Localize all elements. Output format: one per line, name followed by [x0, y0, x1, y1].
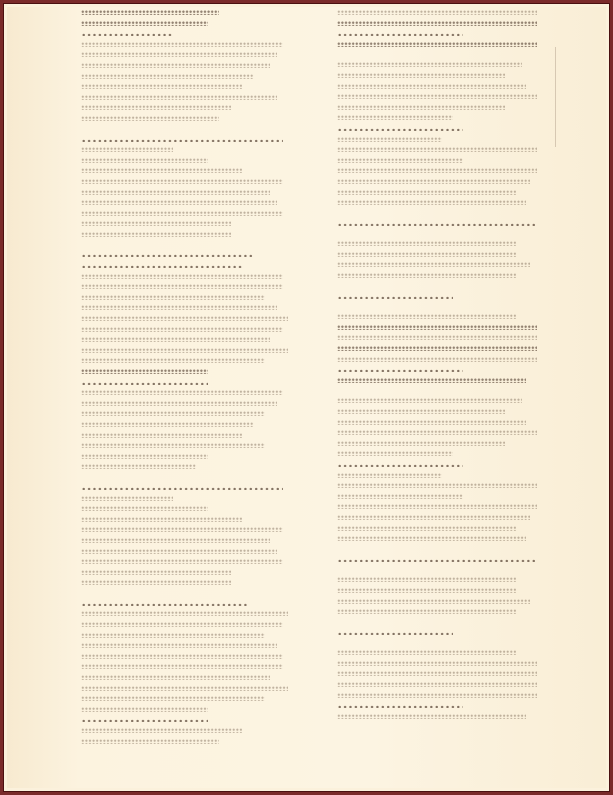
paragraph-gap: [337, 544, 547, 554]
faded-text-line: [81, 514, 311, 525]
illegible-text: [81, 316, 288, 321]
illegible-text: [81, 168, 242, 173]
faded-text-line: [337, 165, 547, 176]
illegible-text: [81, 411, 265, 416]
scanned-page: [7, 7, 606, 788]
faded-text-line: [337, 332, 547, 343]
faded-text-line: [81, 430, 311, 441]
faded-text-line: [81, 524, 311, 535]
illegible-text: [81, 570, 231, 575]
faded-text-line: [81, 704, 311, 715]
illegible-text: [337, 273, 516, 278]
illegible-text: [337, 73, 505, 78]
illegible-text: [81, 696, 265, 701]
illegible-text: [81, 179, 283, 184]
faded-text-line: [337, 112, 547, 123]
faded-text-line: [81, 567, 311, 578]
paragraph-gap: [337, 637, 547, 647]
faded-text-line: [337, 668, 547, 679]
faded-text-line: [337, 512, 547, 523]
faded-text-line: [81, 693, 311, 704]
faded-text-line: [337, 102, 547, 113]
faded-text-line: [337, 59, 547, 70]
illegible-text: [81, 707, 208, 712]
illegible-text: [81, 32, 173, 36]
paragraph-gap: [337, 617, 547, 627]
illegible-text: [81, 348, 288, 353]
illegible-text: [81, 138, 283, 142]
illegible-text: [81, 675, 270, 680]
illegible-text: [81, 369, 208, 374]
illegible-text: [337, 693, 537, 698]
illegible-text: [81, 253, 254, 257]
illegible-text: [337, 536, 526, 541]
paragraph-gap: [337, 281, 547, 291]
faded-text-line: [337, 658, 547, 669]
illegible-text: [81, 611, 288, 616]
illegible-text: [81, 633, 265, 638]
illegible-text: [337, 21, 537, 26]
faded-text-line: [337, 291, 547, 302]
illegible-text: [81, 433, 242, 438]
faded-text-line: [337, 438, 547, 449]
illegible-text: [337, 94, 537, 99]
illegible-text: [81, 221, 231, 226]
illegible-text: [337, 147, 537, 152]
faded-text-line: [81, 49, 311, 60]
faded-text-line: [81, 208, 311, 219]
faded-text-line: [337, 427, 547, 438]
faded-text-line: [337, 176, 547, 187]
faded-text-line: [337, 134, 547, 145]
illegible-text: [81, 74, 254, 79]
faded-text-line: [337, 249, 547, 260]
paragraph-gap: [81, 124, 311, 134]
faded-text-line: [81, 387, 311, 398]
faded-text-line: [81, 71, 311, 82]
faded-text-line: [337, 480, 547, 491]
faded-text-line: [81, 672, 311, 683]
illegible-text: [337, 252, 516, 257]
faded-text-line: [337, 364, 547, 375]
faded-text-line: [81, 377, 311, 388]
faded-text-line: [81, 503, 311, 514]
faded-text-line: [81, 324, 311, 335]
illegible-text: [337, 609, 516, 614]
faded-text-line: [337, 574, 547, 585]
illegible-text: [81, 200, 277, 205]
illegible-text: [81, 486, 283, 490]
illegible-text: [81, 506, 208, 511]
faded-text-line: [81, 608, 311, 619]
faded-text-line: [337, 627, 547, 638]
faded-text-line: [81, 419, 311, 430]
illegible-text: [81, 10, 219, 15]
illegible-text: [81, 454, 208, 459]
faded-text-line: [81, 398, 311, 409]
illegible-text: [81, 116, 219, 121]
faded-text-line: [81, 176, 311, 187]
illegible-text: [337, 441, 505, 446]
faded-text-line: [337, 596, 547, 607]
faded-text-line: [81, 630, 311, 641]
faded-text-line: [337, 123, 547, 134]
illegible-text: [81, 337, 270, 342]
illegible-text: [81, 559, 283, 564]
faded-text-line: [81, 355, 311, 366]
illegible-text: [337, 704, 463, 708]
illegible-text: [81, 602, 247, 606]
faded-text-line: [337, 7, 547, 18]
faded-text-line: [337, 395, 547, 406]
illegible-text: [81, 654, 283, 659]
faded-text-line: [81, 281, 311, 292]
faded-text-line: [337, 459, 547, 470]
faded-text-line: [337, 606, 547, 617]
faded-text-line: [337, 470, 547, 481]
faded-text-line: [337, 343, 547, 354]
faded-text-line: [337, 491, 547, 502]
illegible-text: [81, 52, 277, 57]
illegible-text: [337, 190, 516, 195]
illegible-text: [337, 682, 537, 687]
faded-text-line: [81, 598, 311, 609]
faded-text-line: [81, 661, 311, 672]
illegible-text: [81, 327, 283, 332]
illegible-text: [81, 295, 265, 300]
illegible-text: [81, 496, 173, 501]
illegible-text: [337, 158, 463, 163]
illegible-text: [81, 381, 208, 385]
illegible-text: [81, 664, 283, 669]
faded-text-line: [81, 619, 311, 630]
faded-text-line: [337, 406, 547, 417]
illegible-text: [81, 84, 242, 89]
illegible-text: [81, 105, 231, 110]
faded-text-line: [337, 711, 547, 722]
illegible-text: [81, 401, 277, 406]
illegible-text: [337, 671, 537, 676]
faded-text-line: [337, 187, 547, 198]
faded-text-line: [81, 408, 311, 419]
faded-text-line: [81, 451, 311, 462]
faded-text-line: [337, 501, 547, 512]
illegible-text: [337, 295, 453, 299]
faded-text-line: [337, 679, 547, 690]
faded-text-line: [337, 554, 547, 565]
illegible-text: [337, 451, 453, 456]
faded-text-line: [337, 585, 547, 596]
faded-text-line: [81, 144, 311, 155]
paragraph-gap: [337, 301, 547, 311]
illegible-text: [337, 650, 516, 655]
faded-text-line: [337, 81, 547, 92]
illegible-text: [81, 305, 277, 310]
illegible-text: [81, 390, 283, 395]
illegible-text: [337, 588, 516, 593]
illegible-text: [337, 115, 453, 120]
illegible-text: [337, 200, 526, 205]
faded-text-line: [81, 7, 311, 18]
faded-text-line: [81, 725, 311, 736]
paragraph-gap: [337, 49, 547, 59]
faded-text-line: [337, 417, 547, 428]
faded-text-line: [81, 535, 311, 546]
faded-text-line: [81, 493, 311, 504]
illegible-text: [337, 368, 463, 372]
faded-text-line: [81, 683, 311, 694]
illegible-text: [337, 127, 463, 131]
faded-text-line: [81, 334, 311, 345]
faded-text-line: [337, 144, 547, 155]
illegible-text: [337, 32, 463, 36]
illegible-text: [81, 739, 219, 744]
page-frame: [0, 0, 613, 795]
faded-text-line: [337, 270, 547, 281]
illegible-text: [337, 262, 530, 267]
faded-text-line: [337, 197, 547, 208]
faded-text-line: [81, 18, 311, 29]
faded-text-line: [81, 165, 311, 176]
illegible-text: [81, 232, 231, 237]
faded-text-line: [81, 218, 311, 229]
illegible-text: [81, 443, 265, 448]
illegible-text: [337, 42, 537, 47]
faded-text-line: [81, 260, 311, 271]
faded-text-line: [81, 39, 311, 50]
faded-text-line: [81, 271, 311, 282]
illegible-text: [337, 577, 516, 582]
faded-text-line: [337, 28, 547, 39]
faded-text-line: [337, 311, 547, 322]
illegible-text: [81, 190, 270, 195]
faded-text-line: [81, 155, 311, 166]
illegible-text: [337, 494, 463, 499]
illegible-text: [337, 473, 442, 478]
paragraph-gap: [337, 208, 547, 218]
faded-text-line: [337, 259, 547, 270]
faded-text-line: [337, 70, 547, 81]
faded-text-line: [81, 366, 311, 377]
faded-text-line: [337, 533, 547, 544]
paragraph-gap: [337, 228, 547, 238]
illegible-text: [337, 714, 526, 719]
illegible-text: [337, 10, 537, 15]
illegible-text: [337, 179, 530, 184]
paragraph-gap: [81, 588, 311, 598]
faded-text-line: [337, 647, 547, 658]
illegible-text: [81, 549, 277, 554]
illegible-text: [81, 147, 173, 152]
right-text-column: [337, 7, 547, 721]
faded-text-line: [81, 651, 311, 662]
left-text-column: [81, 7, 311, 746]
illegible-text: [81, 728, 242, 733]
illegible-text: [337, 357, 537, 362]
illegible-text: [81, 422, 254, 427]
illegible-text: [337, 420, 526, 425]
faded-text-line: [337, 690, 547, 701]
illegible-text: [337, 222, 537, 226]
illegible-text: [337, 314, 516, 319]
faded-text-line: [81, 736, 311, 747]
illegible-text: [337, 137, 442, 142]
faded-text-line: [337, 375, 547, 386]
illegible-text: [81, 95, 277, 100]
faded-text-line: [81, 113, 311, 124]
faded-text-line: [81, 345, 311, 356]
faded-text-line: [81, 81, 311, 92]
illegible-text: [337, 378, 526, 383]
faded-text-line: [81, 229, 311, 240]
illegible-text: [337, 335, 537, 340]
illegible-text: [337, 346, 537, 351]
paragraph-gap: [81, 472, 311, 482]
illegible-text: [81, 358, 265, 363]
illegible-text: [81, 718, 208, 722]
illegible-text: [81, 643, 277, 648]
illegible-text: [81, 274, 283, 279]
illegible-text: [81, 63, 270, 68]
illegible-text: [81, 622, 283, 627]
faded-text-line: [337, 448, 547, 459]
faded-text-line: [81, 714, 311, 725]
illegible-text: [337, 62, 522, 67]
illegible-text: [81, 42, 283, 47]
faded-text-line: [337, 523, 547, 534]
illegible-text: [81, 517, 242, 522]
faded-text-line: [81, 134, 311, 145]
illegible-text: [337, 430, 537, 435]
faded-text-line: [81, 249, 311, 260]
illegible-text: [81, 264, 242, 268]
faded-text-line: [81, 313, 311, 324]
illegible-text: [337, 241, 516, 246]
faded-text-line: [81, 28, 311, 39]
faded-text-line: [337, 218, 547, 229]
illegible-text: [337, 84, 526, 89]
faded-text-line: [81, 577, 311, 588]
faded-text-line: [81, 92, 311, 103]
faded-text-line: [81, 440, 311, 451]
illegible-text: [81, 538, 270, 543]
faded-text-line: [337, 18, 547, 29]
illegible-text: [81, 158, 208, 163]
faded-text-line: [81, 461, 311, 472]
faded-text-line: [337, 700, 547, 711]
margin-rule: [555, 47, 556, 147]
faded-text-line: [81, 102, 311, 113]
illegible-text: [337, 463, 463, 467]
faded-text-line: [81, 197, 311, 208]
illegible-text: [81, 284, 283, 289]
faded-text-line: [337, 39, 547, 50]
faded-text-line: [81, 292, 311, 303]
faded-text-line: [81, 640, 311, 651]
illegible-text: [81, 211, 283, 216]
paragraph-gap: [337, 564, 547, 574]
illegible-text: [81, 580, 231, 585]
faded-text-line: [81, 60, 311, 71]
illegible-text: [337, 483, 537, 488]
faded-text-line: [337, 322, 547, 333]
faded-text-line: [81, 546, 311, 557]
illegible-text: [337, 599, 530, 604]
illegible-text: [81, 464, 196, 469]
faded-text-line: [81, 556, 311, 567]
faded-text-line: [337, 155, 547, 166]
illegible-text: [337, 409, 505, 414]
illegible-text: [337, 661, 537, 666]
illegible-text: [337, 558, 537, 562]
paragraph-gap: [81, 239, 311, 249]
faded-text-line: [81, 187, 311, 198]
illegible-text: [81, 527, 283, 532]
illegible-text: [81, 21, 208, 26]
faded-text-line: [337, 354, 547, 365]
illegible-text: [337, 631, 453, 635]
illegible-text: [337, 105, 505, 110]
faded-text-line: [81, 482, 311, 493]
illegible-text: [81, 686, 288, 691]
faded-text-line: [81, 302, 311, 313]
faded-text-line: [337, 238, 547, 249]
illegible-text: [337, 515, 530, 520]
faded-text-line: [337, 91, 547, 102]
paragraph-gap: [337, 385, 547, 395]
illegible-text: [337, 325, 537, 330]
illegible-text: [337, 168, 537, 173]
illegible-text: [337, 398, 522, 403]
illegible-text: [337, 504, 537, 509]
illegible-text: [337, 526, 516, 531]
